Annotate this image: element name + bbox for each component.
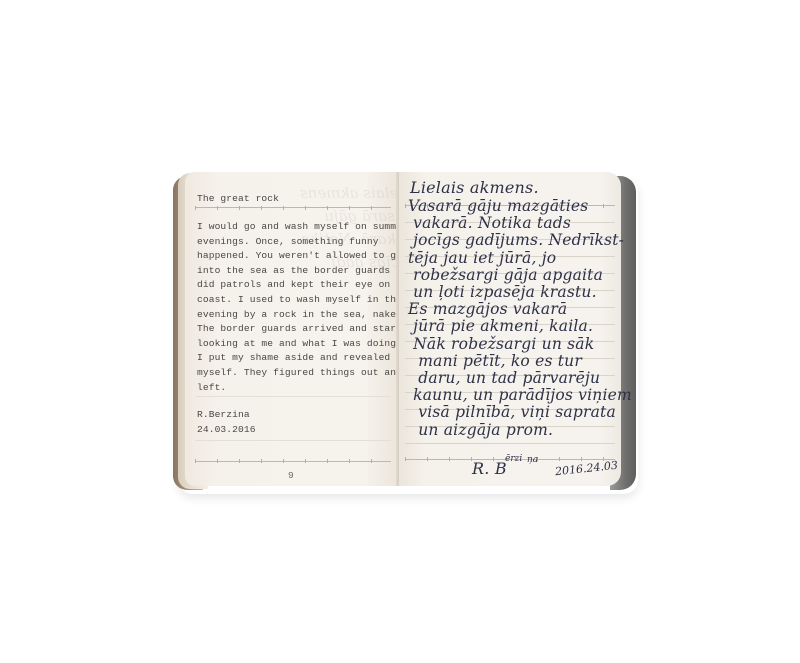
right-page-signature-superscript: ērzi bbox=[505, 454, 522, 464]
title-rule-ticks-left bbox=[195, 206, 391, 210]
left-page-signature: R.Berzina 24.03.2016 bbox=[197, 407, 256, 437]
footer-rule-ticks-left bbox=[195, 459, 391, 463]
left-page-title: The great rock bbox=[197, 193, 279, 204]
left-page-body: I would go and wash myself on summer eve… bbox=[197, 220, 414, 395]
line-rule-right-14 bbox=[405, 443, 615, 444]
right-page-body-handwritten: Vasarā gāju mazgāties vakarā. Notika tad… bbox=[408, 198, 632, 439]
faint-rule-left bbox=[195, 396, 391, 397]
faint-rule-left-2 bbox=[195, 440, 391, 441]
page-number: 9 bbox=[288, 470, 294, 481]
right-page-signature-suffix: ņa bbox=[527, 455, 538, 465]
right-page-signature-handwritten: R. B bbox=[472, 459, 507, 478]
scene: Lielais akmens Vasarā gāju vakarā. Notik… bbox=[0, 0, 800, 663]
right-page-title-handwritten: Lielais akmens. bbox=[410, 178, 539, 197]
